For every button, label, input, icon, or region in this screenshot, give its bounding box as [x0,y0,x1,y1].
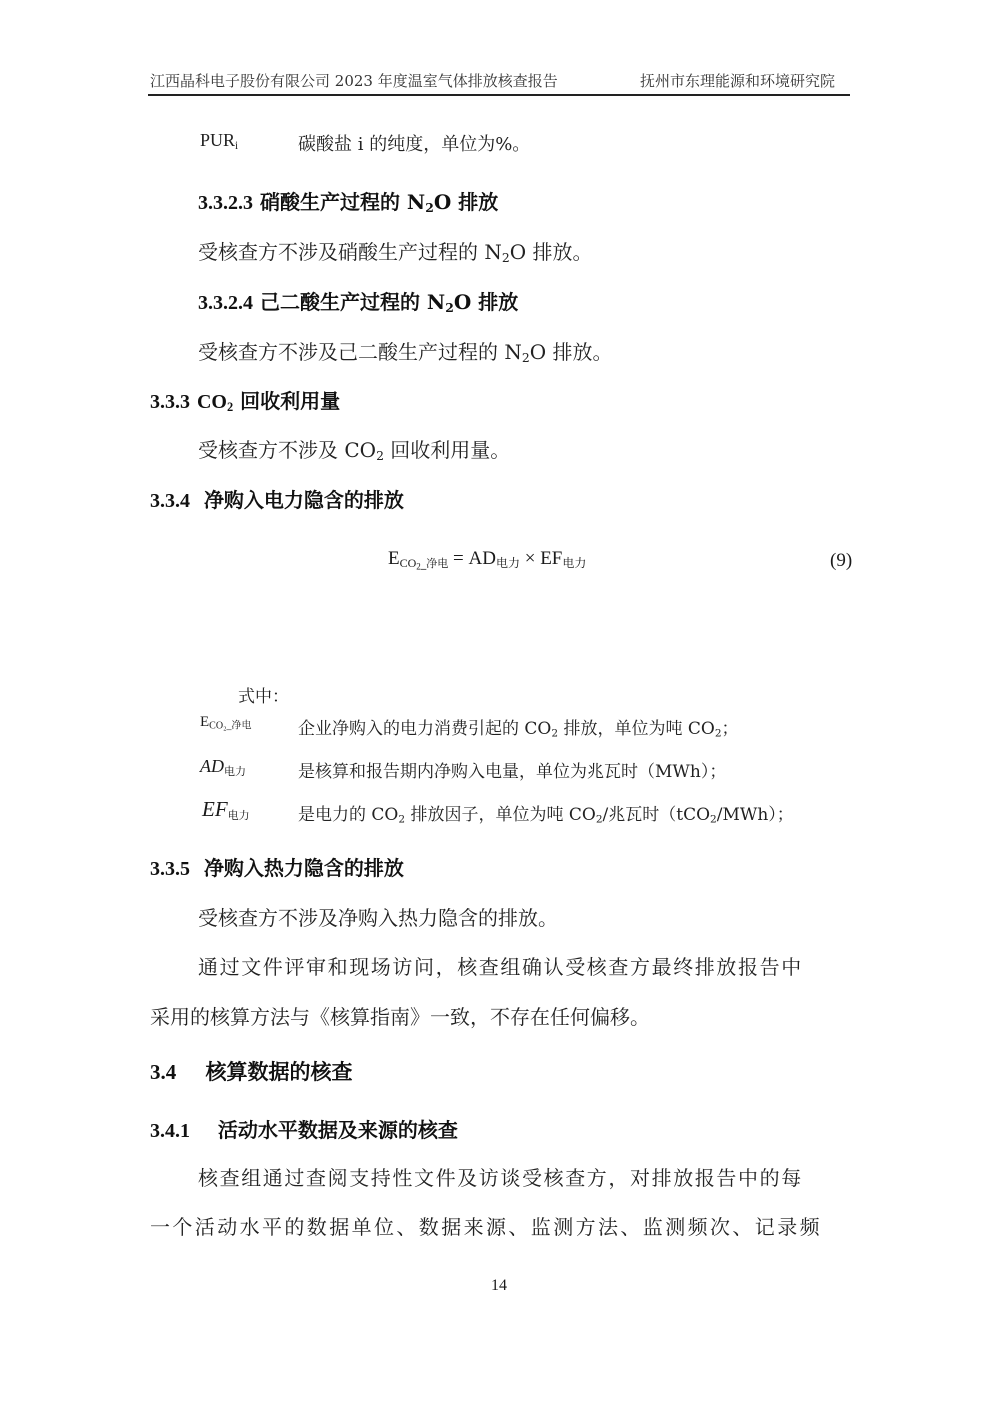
section-heading-3-3-4: 3.3.4 净购入电力隐含的排放 [150,484,404,513]
section-heading-3-3-2-4: 3.3.2.4 己二酸生产过程的 N2O 排放 [198,286,518,315]
section-body-3-3-3: 受核查方不涉及 CO2 回收利用量。 [198,434,510,463]
section-heading-3-3-3: 3.3.3 CO2 回收利用量 [150,385,340,415]
section-heading-3-3-5: 3.3.5 净购入热力隐含的排放 [150,852,404,881]
section-body-3-3-2-4: 受核查方不涉及己二酸生产过程的 N2O 排放。 [198,336,613,365]
var-ad: AD电力 [200,756,246,779]
formula-9: ECO2_净电 = AD电力 × EF电力 [388,548,586,571]
where-label: 式中： [238,682,289,707]
section-body-3-3-5: 受核查方不涉及净购入热力隐含的排放。 [198,902,558,931]
var-ef: EF电力 [202,797,250,823]
pur-definition: PURi [200,130,238,152]
formula-number: (9) [830,550,852,572]
pur-description: 碳酸盐 i 的纯度，单位为%。 [298,130,530,156]
header-divider [148,94,850,96]
page-number: 14 [491,1277,507,1295]
pur-term: PURi [200,130,238,150]
var-ef-description: 是电力的 CO2 排放因子，单位为吨 CO2/兆瓦时（tCO2/MWh）； [298,800,794,826]
var-e-co2: ECO₂_净电 [200,714,252,732]
section-heading-3-4: 3.4 核算数据的核查 [150,1056,353,1086]
section-body-3-3-2-3: 受核查方不涉及硝酸生产过程的 N2O 排放。 [198,236,593,265]
report-header-title: 江西晶科电子股份有限公司 2023 年度温室气体排放核查报告 [150,70,558,91]
var-ad-description: 是核算和报告期内净购入电量，单位为兆瓦时（MWh）； [298,757,726,782]
conclusion-paragraph-line-2: 采用的核算方法与《核算指南》一致，不存在任何偏移。 [150,1001,650,1030]
section-heading-3-3-2-3: 3.3.2.3 硝酸生产过程的 N2O 排放 [198,186,498,215]
activity-data-paragraph-line-1: 核查组通过查阅支持性文件及访谈受核查方，对排放报告中的每 [198,1162,803,1191]
conclusion-paragraph-line-1: 通过文件评审和现场访问，核查组确认受核查方最终排放报告中 [198,951,803,980]
activity-data-paragraph-line-2: 一个活动水平的数据单位、数据来源、监测方法、监测频次、记录频 [150,1211,822,1240]
var-e-co2-description: 企业净购入的电力消费引起的 CO2 排放，单位为吨 CO2； [298,714,739,740]
section-heading-3-4-1: 3.4.1 活动水平数据及来源的核查 [150,1114,458,1143]
report-header-organization: 抚州市东理能源和环境研究院 [640,70,835,91]
